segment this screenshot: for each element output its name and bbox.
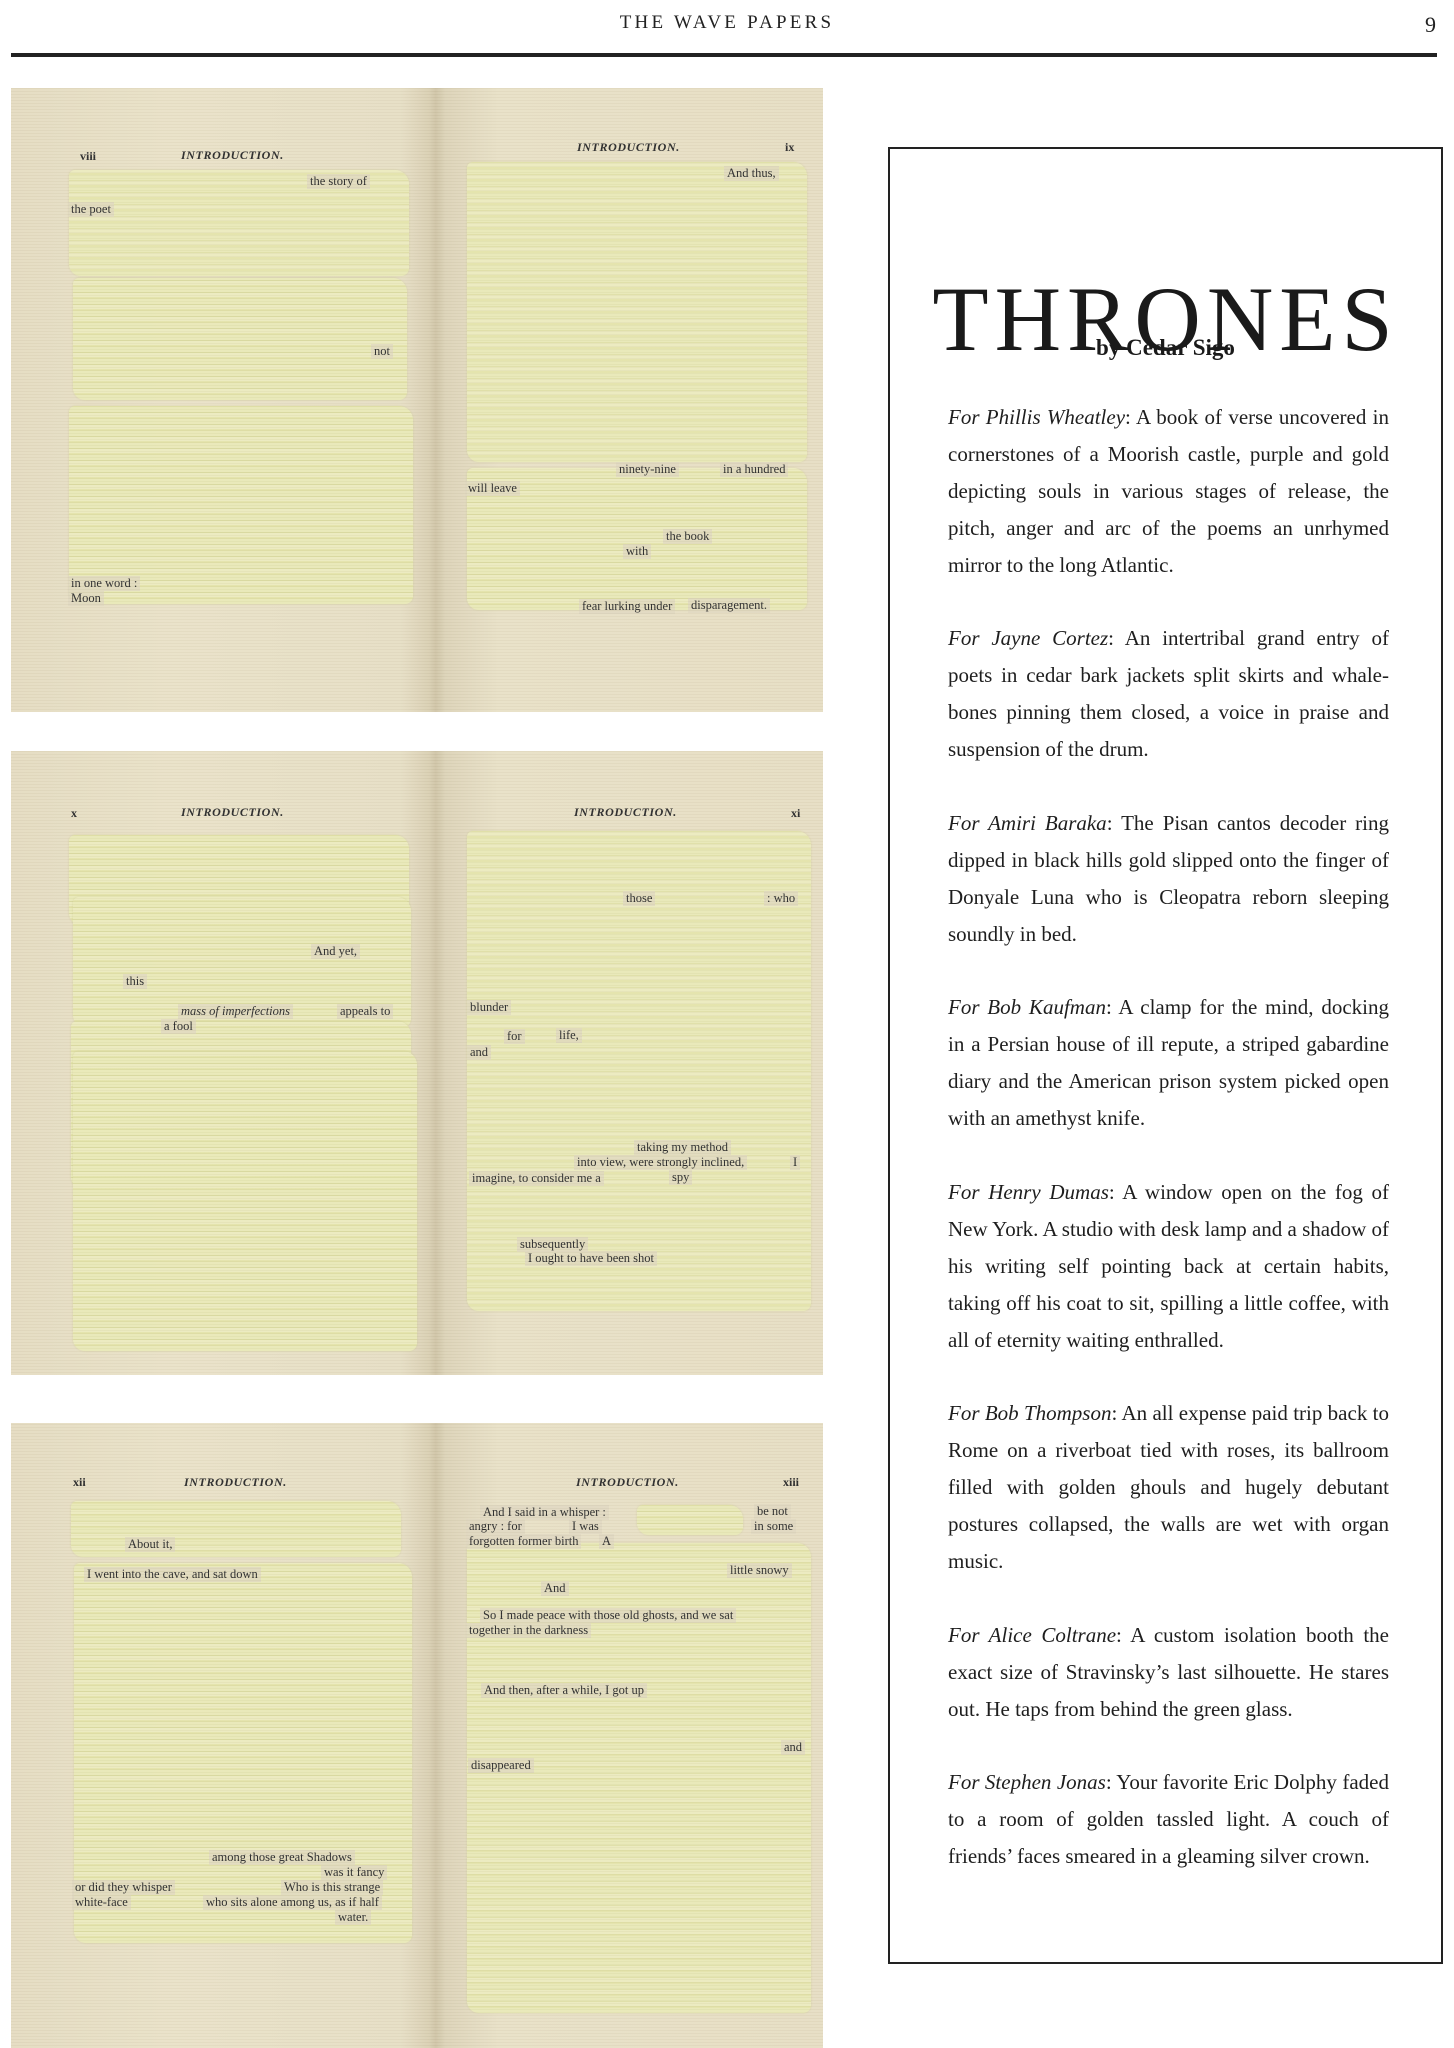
page-running-title: INTRODUCTION. — [577, 140, 680, 155]
stanza-alice-coltrane: For Alice Coltrane: A custom isolation b… — [948, 1617, 1389, 1728]
found-word: ninety-nine — [616, 462, 679, 477]
stanza-bob-thompson: For Bob Thompson: An all expense paid tr… — [948, 1395, 1389, 1580]
paint-over — [637, 1505, 743, 1535]
found-word: among those great Shadows — [209, 1850, 355, 1865]
found-word: imagine, to consider me a — [469, 1171, 604, 1186]
stanza-phillis-wheatley: For Phillis Wheatley: A book of verse un… — [948, 399, 1389, 584]
found-word: into view, were strongly inclined, — [574, 1155, 747, 1170]
poem-body: For Phillis Wheatley: A book of verse un… — [948, 399, 1389, 1912]
book-page-xi: INTRODUCTION. xi those : who blunder for… — [429, 751, 823, 1375]
found-word: Who is this strange — [281, 1880, 383, 1895]
found-word: those — [623, 891, 655, 906]
stanza-text: : An all expense paid trip back to Rome … — [948, 1401, 1389, 1573]
folio: x — [71, 806, 77, 821]
found-word: I went into the cave, and sat down — [84, 1567, 261, 1582]
poem-byline: by Cedar Sigo — [890, 335, 1441, 361]
found-word: water. — [335, 1910, 371, 1925]
found-word: I ought to have been shot — [525, 1251, 657, 1266]
found-word: angry : for — [466, 1519, 525, 1534]
found-word: together in the darkness — [466, 1623, 591, 1638]
stanza-text: : A book of verse uncovered in cornersto… — [948, 405, 1389, 577]
found-word: blunder — [467, 1000, 511, 1015]
page-running-title: INTRODUCTION. — [181, 805, 284, 820]
erasure-spread-x-xi: x INTRODUCTION. And yet, this mass of im… — [11, 751, 823, 1375]
found-word: I was — [569, 1519, 602, 1534]
found-word: subsequently — [517, 1237, 588, 1252]
folio: xii — [73, 1475, 86, 1490]
found-word: and — [781, 1740, 805, 1755]
found-word: who sits alone among us, as if half — [203, 1895, 382, 1910]
found-word: will leave — [465, 481, 520, 496]
stanza-bob-kaufman: For Bob Kaufman: A clamp for the mind, d… — [948, 989, 1389, 1137]
dedicatee: For Jayne Cortez — [948, 626, 1108, 650]
stanza-stephen-jonas: For Stephen Jonas: Your favorite Eric Do… — [948, 1764, 1389, 1875]
dedicatee: For Stephen Jonas — [948, 1770, 1106, 1794]
folio: viii — [80, 149, 96, 164]
found-word: fear lurking under — [579, 599, 675, 614]
found-word: in some — [751, 1519, 796, 1534]
found-word: disparagement. — [688, 598, 770, 613]
found-word: Moon — [68, 591, 104, 606]
found-word: or did they whisper — [72, 1880, 175, 1895]
paint-over — [73, 278, 407, 400]
page-running-title: INTRODUCTION. — [181, 148, 284, 163]
erasure-spread-viii-ix: viii INTRODUCTION. the story of the poet… — [11, 88, 823, 712]
found-word: the poet — [68, 202, 114, 217]
found-word: for — [504, 1029, 525, 1044]
poem-panel: THRONES by Cedar Sigo For Phillis Wheatl… — [888, 147, 1443, 1964]
found-word: disappeared — [468, 1758, 534, 1773]
found-word: white-face — [72, 1895, 131, 1910]
page-running-title: INTRODUCTION. — [184, 1475, 287, 1490]
page-running-title: INTRODUCTION. — [576, 1475, 679, 1490]
found-word: the book — [663, 529, 712, 544]
found-word: : who — [764, 891, 798, 906]
found-word: and — [467, 1045, 491, 1060]
paint-over — [71, 1501, 401, 1557]
page-number: 9 — [1425, 12, 1436, 38]
found-word: in a hundred — [720, 462, 788, 477]
book-page-ix: INTRODUCTION. ix And thus, ninety-nine i… — [429, 88, 823, 712]
stanza-text: : A window open on the fog of New York. … — [948, 1180, 1389, 1352]
found-word: And thus, — [724, 166, 779, 181]
found-word: appeals to — [337, 1004, 393, 1019]
found-word: So I made peace with those old ghosts, a… — [480, 1608, 736, 1623]
book-page-xiii: INTRODUCTION. xiii And I said in a whisp… — [429, 1423, 823, 2048]
book-page-x: x INTRODUCTION. And yet, this mass of im… — [11, 751, 429, 1375]
found-word: was it fancy — [321, 1865, 387, 1880]
found-word: the story of — [307, 174, 370, 189]
paint-over — [467, 162, 807, 462]
stanza-amiri-baraka: For Amiri Baraka: The Pisan cantos decod… — [948, 805, 1389, 953]
found-word: mass of imperfections — [178, 1004, 293, 1019]
page-running-title: INTRODUCTION. — [574, 805, 677, 820]
book-page-viii: viii INTRODUCTION. the story of the poet… — [11, 88, 429, 712]
header-rule — [11, 53, 1437, 57]
dedicatee: For Henry Dumas — [948, 1180, 1109, 1204]
dedicatee: For Bob Kaufman — [948, 995, 1106, 1019]
found-word: forgotten former birth — [466, 1534, 581, 1549]
found-word: be not — [754, 1504, 791, 1519]
stanza-jayne-cortez: For Jayne Cortez: An intertribal grand e… — [948, 620, 1389, 768]
book-page-xii: xii INTRODUCTION. About it, I went into … — [11, 1423, 429, 2048]
folio: xiii — [783, 1475, 799, 1490]
found-word: little snowy — [727, 1563, 792, 1578]
found-word: taking my method — [634, 1140, 731, 1155]
stanza-henry-dumas: For Henry Dumas: A window open on the fo… — [948, 1174, 1389, 1359]
found-word: in one word : — [68, 576, 140, 591]
folio: xi — [791, 806, 800, 821]
dedicatee: For Phillis Wheatley — [948, 405, 1125, 429]
paint-over — [73, 1051, 417, 1351]
erasure-spread-xii-xiii: xii INTRODUCTION. About it, I went into … — [11, 1423, 823, 2048]
dedicatee: For Alice Coltrane — [948, 1623, 1116, 1647]
found-word: And yet, — [311, 944, 360, 959]
paint-over — [69, 406, 413, 604]
found-word: A — [599, 1534, 614, 1549]
found-word: a fool — [161, 1019, 196, 1034]
found-word: And then, after a while, I got up — [481, 1683, 647, 1698]
found-word: I — [790, 1155, 800, 1170]
found-word: with — [623, 544, 651, 559]
found-word: this — [123, 974, 147, 989]
found-word: And — [541, 1581, 569, 1596]
found-word: About it, — [125, 1537, 175, 1552]
found-word: not — [371, 344, 393, 359]
found-word: life, — [556, 1028, 582, 1043]
dedicatee: For Amiri Baraka — [948, 811, 1107, 835]
found-word: And I said in a whisper : — [480, 1505, 609, 1520]
folio: ix — [785, 140, 794, 155]
found-word: spy — [669, 1170, 692, 1185]
running-title: THE WAVE PAPERS — [0, 12, 1454, 34]
dedicatee: For Bob Thompson — [948, 1401, 1111, 1425]
